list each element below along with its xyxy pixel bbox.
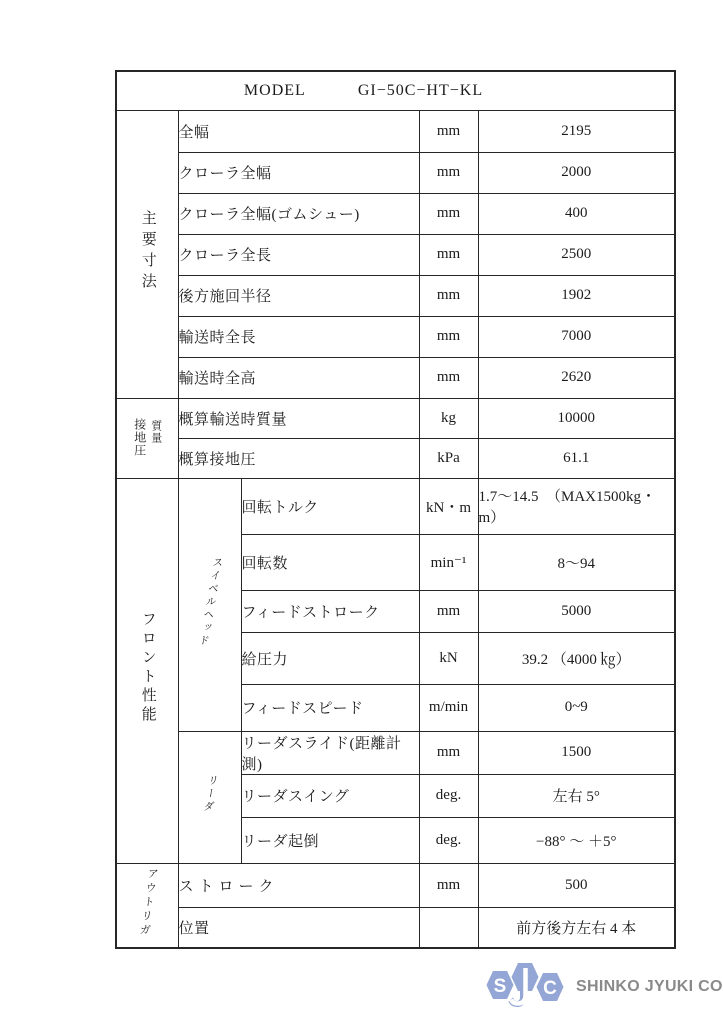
spec-label: リーダ起倒 bbox=[241, 817, 419, 863]
group-dimensions-cell: 主要寸法 bbox=[116, 110, 178, 398]
sjc-logo-icon: S C bbox=[486, 962, 568, 1012]
table-row: クローラ全幅(ゴムシュー) mm 400 bbox=[116, 193, 675, 234]
table-row: 概算接地圧 kPa 61.1 bbox=[116, 438, 675, 478]
spec-value: 2500 bbox=[478, 234, 675, 275]
spec-unit: mm bbox=[419, 234, 478, 275]
spec-value: 61.1 bbox=[478, 438, 675, 478]
group-swivel-head-cell: スイベルヘッド bbox=[178, 478, 241, 731]
group-mass-ground-pressure-cell: 接地圧 質量 bbox=[116, 398, 178, 478]
spec-unit bbox=[419, 907, 478, 948]
table-row: フロント性能 スイベルヘッド 回転トルク kN・m 1.7～14.5 （MAX1… bbox=[116, 478, 675, 534]
spec-label: クローラ全長 bbox=[178, 234, 419, 275]
spec-unit: deg. bbox=[419, 817, 478, 863]
spec-label: 位置 bbox=[178, 907, 419, 948]
group-swivel-head-label: スイベルヘッド bbox=[196, 557, 223, 648]
spec-unit: mm bbox=[419, 731, 478, 774]
spec-unit: min⁻¹ bbox=[419, 534, 478, 590]
model-header-row: MODEL GI−50C−HT−KL bbox=[116, 71, 675, 110]
company-name: SHINKO JYUKI CO., LTD. bbox=[576, 978, 723, 996]
spec-label: フィードスピード bbox=[241, 684, 419, 731]
letter-s: S bbox=[494, 976, 507, 997]
spec-value: 1902 bbox=[478, 275, 675, 316]
table-row: アウトリガ ストローク mm 500 bbox=[116, 863, 675, 907]
spec-unit: mm bbox=[419, 357, 478, 398]
spec-unit: mm bbox=[419, 152, 478, 193]
spec-value: 39.2 （4000 ㎏） bbox=[478, 632, 675, 684]
spec-value: 1.7～14.5 （MAX1500kg・m） bbox=[478, 478, 675, 534]
spec-label: 全幅 bbox=[178, 110, 419, 152]
spec-value: 5000 bbox=[478, 590, 675, 632]
spec-unit: kN bbox=[419, 632, 478, 684]
model-label: MODEL bbox=[244, 82, 306, 100]
spec-label: リーダスライド(距離計測) bbox=[241, 731, 419, 774]
group-mass-label: 質量 bbox=[150, 420, 161, 444]
model-value: GI−50C−HT−KL bbox=[358, 82, 483, 100]
spec-value: 400 bbox=[478, 193, 675, 234]
table-row: 接地圧 質量 概算輸送時質量 kg 10000 bbox=[116, 398, 675, 438]
spec-value: 左右 5° bbox=[478, 774, 675, 817]
spec-unit: mm bbox=[419, 193, 478, 234]
spec-label: 概算接地圧 bbox=[178, 438, 419, 478]
spec-label: ストローク bbox=[178, 863, 419, 907]
spec-value: 1500 bbox=[478, 731, 675, 774]
spec-label: 概算輸送時質量 bbox=[178, 398, 419, 438]
table-row: リーダ リーダスライド(距離計測) mm 1500 bbox=[116, 731, 675, 774]
table-row: 輸送時全長 mm 7000 bbox=[116, 316, 675, 357]
group-front-performance-label: フロント性能 bbox=[140, 611, 155, 725]
spec-unit: mm bbox=[419, 316, 478, 357]
spec-value: 7000 bbox=[478, 316, 675, 357]
spec-label: 後方施回半径 bbox=[178, 275, 419, 316]
spec-label: フィードストローク bbox=[241, 590, 419, 632]
spec-label: 回転トルク bbox=[241, 478, 419, 534]
spec-value: 2620 bbox=[478, 357, 675, 398]
spec-value: 500 bbox=[478, 863, 675, 907]
spec-table: MODEL GI−50C−HT−KL 主要寸法 全幅 mm 2195 クローラ全… bbox=[115, 70, 676, 949]
spec-unit: kg bbox=[419, 398, 478, 438]
spec-label: 給圧力 bbox=[241, 632, 419, 684]
spec-unit: mm bbox=[419, 275, 478, 316]
spec-label: クローラ全幅(ゴムシュー) bbox=[178, 193, 419, 234]
spec-label: 回転数 bbox=[241, 534, 419, 590]
spec-sheet-page: MODEL GI−50C−HT−KL 主要寸法 全幅 mm 2195 クローラ全… bbox=[0, 0, 723, 1024]
model-header-cell: MODEL GI−50C−HT−KL bbox=[116, 71, 675, 110]
table-row: 位置 前方後方左右 4 本 bbox=[116, 907, 675, 948]
letter-c: C bbox=[543, 978, 557, 999]
spec-value: 10000 bbox=[478, 398, 675, 438]
spec-unit: deg. bbox=[419, 774, 478, 817]
table-row: クローラ全長 mm 2500 bbox=[116, 234, 675, 275]
spec-label: 輸送時全高 bbox=[178, 357, 419, 398]
spec-unit: kPa bbox=[419, 438, 478, 478]
table-row: クローラ全幅 mm 2000 bbox=[116, 152, 675, 193]
spec-label: リーダスイング bbox=[241, 774, 419, 817]
table-row: 主要寸法 全幅 mm 2195 bbox=[116, 110, 675, 152]
group-ground-pressure-label: 接地圧 bbox=[134, 418, 146, 457]
spec-unit: kN・m bbox=[419, 478, 478, 534]
group-dimensions-label: 主要寸法 bbox=[140, 210, 155, 294]
spec-value: 0~9 bbox=[478, 684, 675, 731]
table-row: 輸送時全高 mm 2620 bbox=[116, 357, 675, 398]
group-front-performance-cell: フロント性能 bbox=[116, 478, 178, 863]
spec-value: 8～94 bbox=[478, 534, 675, 590]
table-row: 後方施回半径 mm 1902 bbox=[116, 275, 675, 316]
spec-value: 2195 bbox=[478, 110, 675, 152]
spec-unit: mm bbox=[419, 863, 478, 907]
group-outrigger-label: アウトリガ bbox=[137, 868, 158, 938]
group-leader-label: リーダ bbox=[201, 775, 218, 814]
company-logo: S C SHINKO JYUKI CO., LTD. bbox=[486, 962, 723, 1012]
spec-unit: mm bbox=[419, 590, 478, 632]
group-leader-cell: リーダ bbox=[178, 731, 241, 863]
spec-label: クローラ全幅 bbox=[178, 152, 419, 193]
spec-label: 輸送時全長 bbox=[178, 316, 419, 357]
spec-value: 前方後方左右 4 本 bbox=[478, 907, 675, 948]
spec-unit: mm bbox=[419, 110, 478, 152]
spec-value: 2000 bbox=[478, 152, 675, 193]
group-outrigger-cell: アウトリガ bbox=[116, 863, 178, 948]
spec-value: −88° ～ ＋5° bbox=[478, 817, 675, 863]
spec-unit: m/min bbox=[419, 684, 478, 731]
